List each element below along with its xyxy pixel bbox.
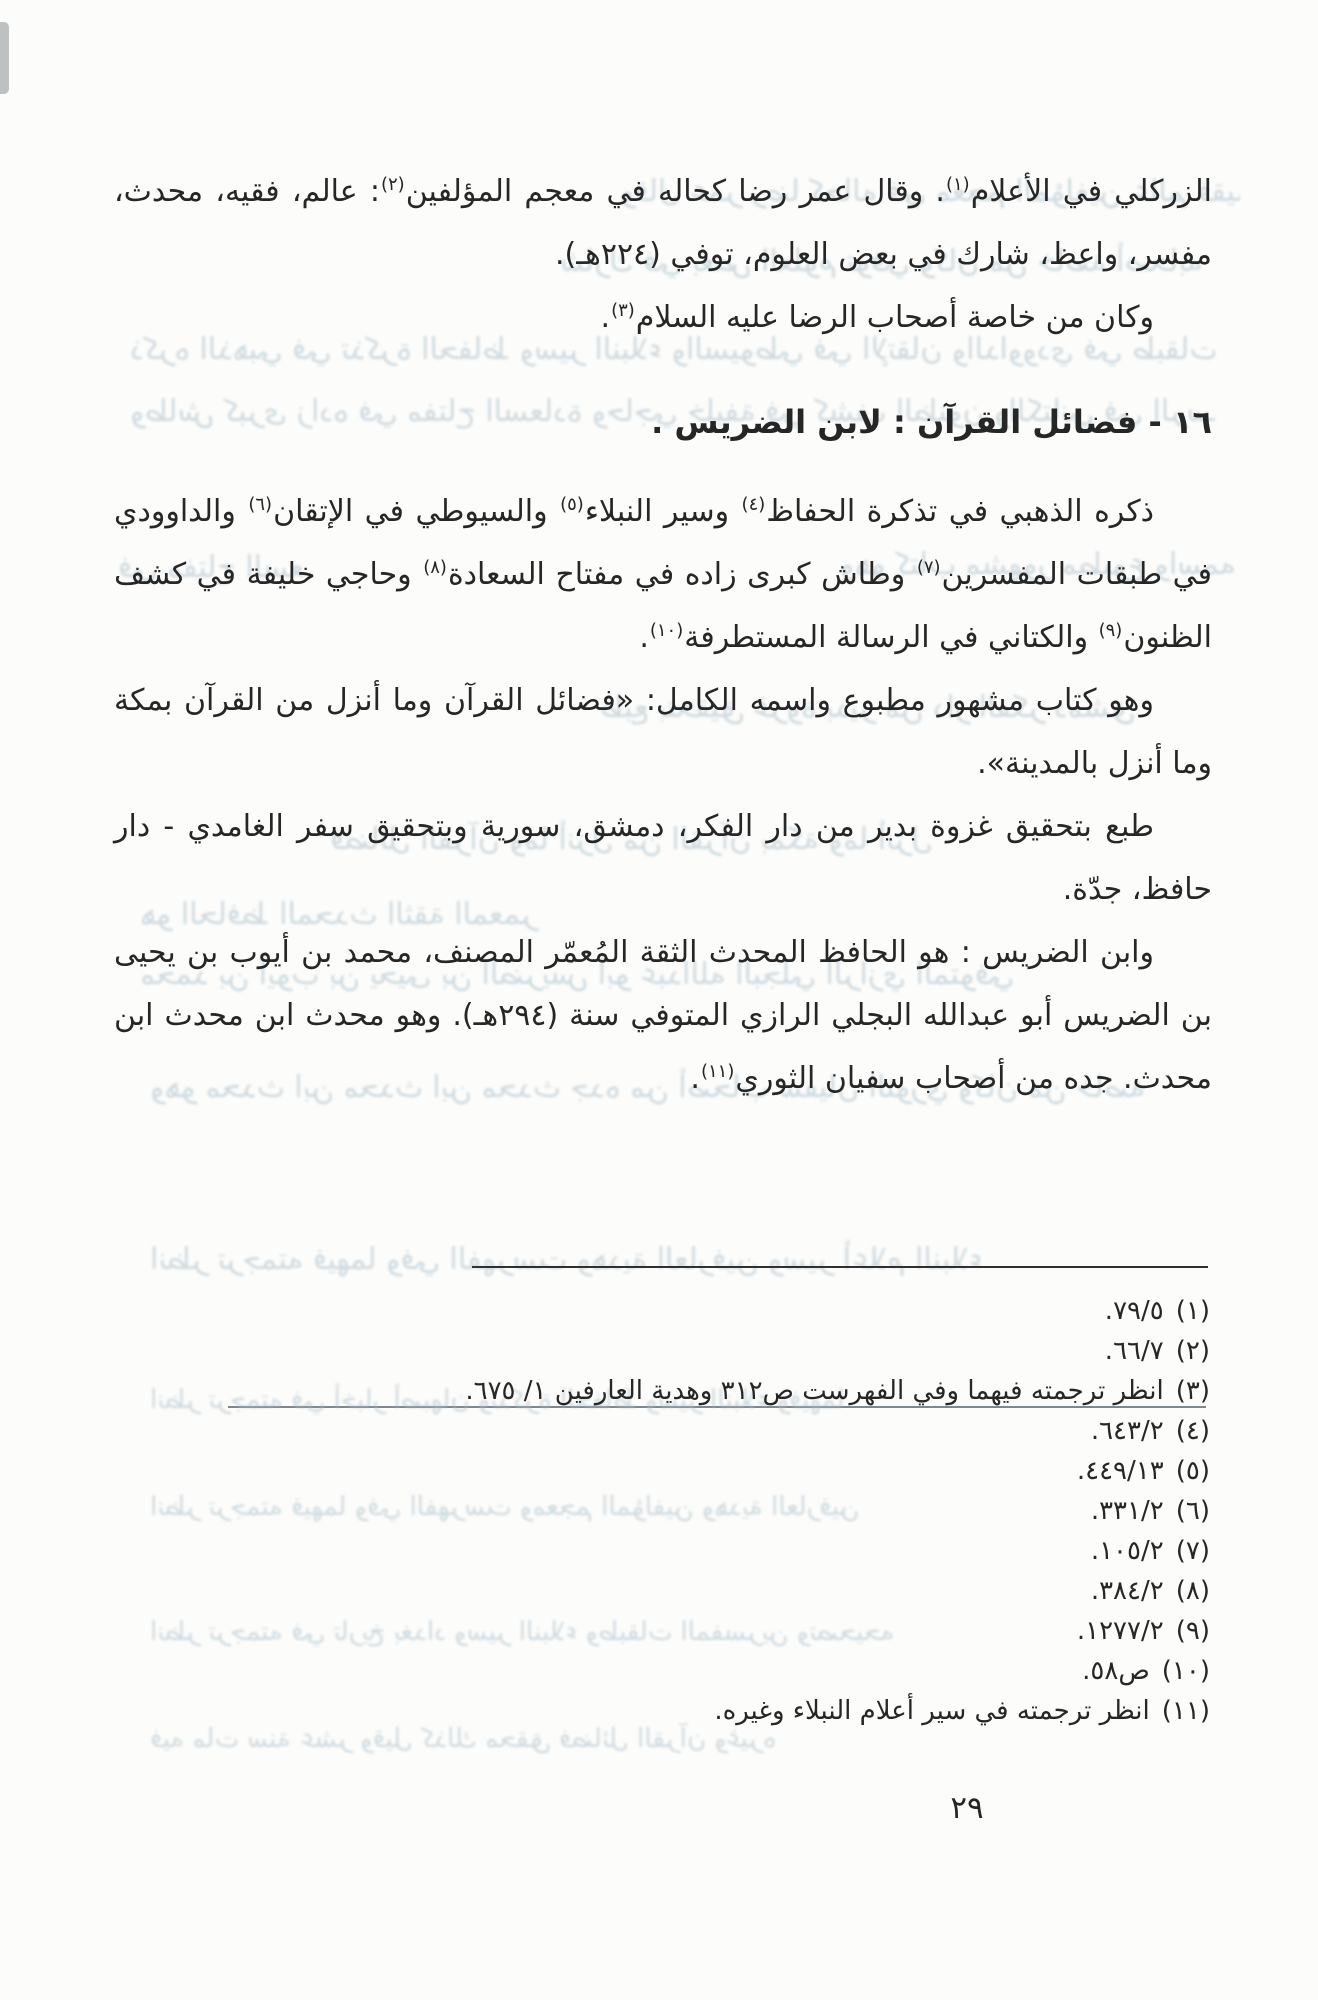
- footnote-text: ٦٤٣/٢.: [1091, 1416, 1164, 1446]
- footnote-number: (٥): [1176, 1456, 1210, 1486]
- footnote-text: ٤٤٩/١٣.: [1077, 1456, 1164, 1486]
- footnote-number: (٦): [1176, 1496, 1210, 1526]
- footnote-line: (٢)٦٦/٧.: [114, 1331, 1210, 1371]
- footnotes-list: (١)٧٩/٥.(٢)٦٦/٧.(٣)انظر ترجمته فيهما وفي…: [114, 1291, 1210, 1731]
- para-sources: ذكره الذهبي في تذكرة الحفاظ(٤) وسير النب…: [114, 480, 1212, 669]
- footnote-text: انظر ترجمته في سير أعلام النبلاء وغيره.: [714, 1696, 1149, 1726]
- footnote-marker: (٣): [611, 300, 635, 321]
- section-heading-16: ١٦ - فضائل القرآن : لابن الضريس .: [114, 391, 1212, 454]
- footnote-line: (١٠)ص٥٨.: [114, 1651, 1210, 1691]
- footnote-number: (١٠): [1162, 1656, 1210, 1686]
- footnote-number: (٣): [1176, 1376, 1210, 1406]
- footnote-line: (١)٧٩/٥.: [114, 1291, 1210, 1331]
- footnote-separator-line: [472, 1266, 1208, 1268]
- footnote-number: (٨): [1176, 1576, 1210, 1606]
- footnote-marker: (١١): [701, 1061, 734, 1082]
- footnote-text: ٧٩/٥.: [1105, 1296, 1164, 1326]
- footnote-line: (٥)٤٤٩/١٣.: [114, 1451, 1210, 1491]
- para-book-title: وهو كتاب مشهور مطبوع واسمه الكامل: «فضائ…: [114, 669, 1212, 795]
- page-number: ٢٩: [917, 1790, 1017, 1826]
- footnote-marker: (٦): [248, 494, 272, 515]
- footnote-number: (٢): [1176, 1336, 1210, 1366]
- footnote-text: انظر ترجمته فيهما وفي الفهرست ص٣١٢ وهدية…: [465, 1376, 1163, 1406]
- para-ibn-durays-biography: وابن الضريس : هو الحافظ المحدث الثقة الم…: [114, 921, 1212, 1110]
- body-paragraphs: الزركلي في الأعلام(١). وقال عمر رضا كحال…: [114, 160, 1212, 1110]
- footnote-text: ١٢٧٧/٢.: [1077, 1616, 1164, 1646]
- footnote-number: (١): [1176, 1296, 1210, 1326]
- footnote-marker: (٧): [917, 557, 941, 578]
- footnote-marker: (٢): [381, 174, 405, 195]
- footnote-text: ص٥٨.: [1082, 1656, 1150, 1686]
- footnote-line: (٧)١٠٥/٢.: [114, 1531, 1210, 1571]
- footnote-text: ٦٦/٧.: [1105, 1336, 1164, 1366]
- footnote-text: ٣٨٤/٢.: [1091, 1576, 1164, 1606]
- footnote-marker: (٥): [560, 494, 584, 515]
- footnote-number: (٧): [1176, 1536, 1210, 1566]
- footnote-number: (٤): [1176, 1416, 1210, 1446]
- page-content: الزركلي في الأعلام(١). وقال عمر رضا كحال…: [0, 0, 1318, 2000]
- para-continuation-zirikli: الزركلي في الأعلام(١). وقال عمر رضا كحال…: [114, 160, 1212, 286]
- footnote-line: (٦)٣٣١/٢.: [114, 1491, 1210, 1531]
- footnote-text: ٣٣١/٢.: [1091, 1496, 1164, 1526]
- footnote-number: (٩): [1176, 1616, 1210, 1646]
- footnote-line: (٨)٣٨٤/٢.: [114, 1571, 1210, 1611]
- footnote-marker: (١٠): [650, 620, 683, 641]
- footnote-text: ١٠٥/٢.: [1091, 1536, 1164, 1566]
- footnote-number: (١١): [1162, 1696, 1210, 1726]
- footnote-line: (٤)٦٤٣/٢.: [114, 1411, 1210, 1451]
- scanned-book-page: وقال عمر رضا كحاله في معجم المؤلفين عالم…: [0, 0, 1318, 2000]
- footnote-marker: (٩): [1099, 620, 1123, 641]
- footnote-marker: (٤): [742, 494, 766, 515]
- footnote-marker: (١): [946, 174, 970, 195]
- para-rida-companion: وكان من خاصة أصحاب الرضا عليه السلام(٣).: [114, 286, 1212, 349]
- footnote-line: (١١)انظر ترجمته في سير أعلام النبلاء وغي…: [114, 1691, 1210, 1731]
- footnote-marker: (٨): [423, 557, 447, 578]
- para-editions: طبع بتحقيق غزوة بدير من دار الفكر، دمشق،…: [114, 795, 1212, 921]
- footnote-line: (٣)انظر ترجمته فيهما وفي الفهرست ص٣١٢ وه…: [114, 1371, 1210, 1411]
- footnote-line: (٩)١٢٧٧/٢.: [114, 1611, 1210, 1651]
